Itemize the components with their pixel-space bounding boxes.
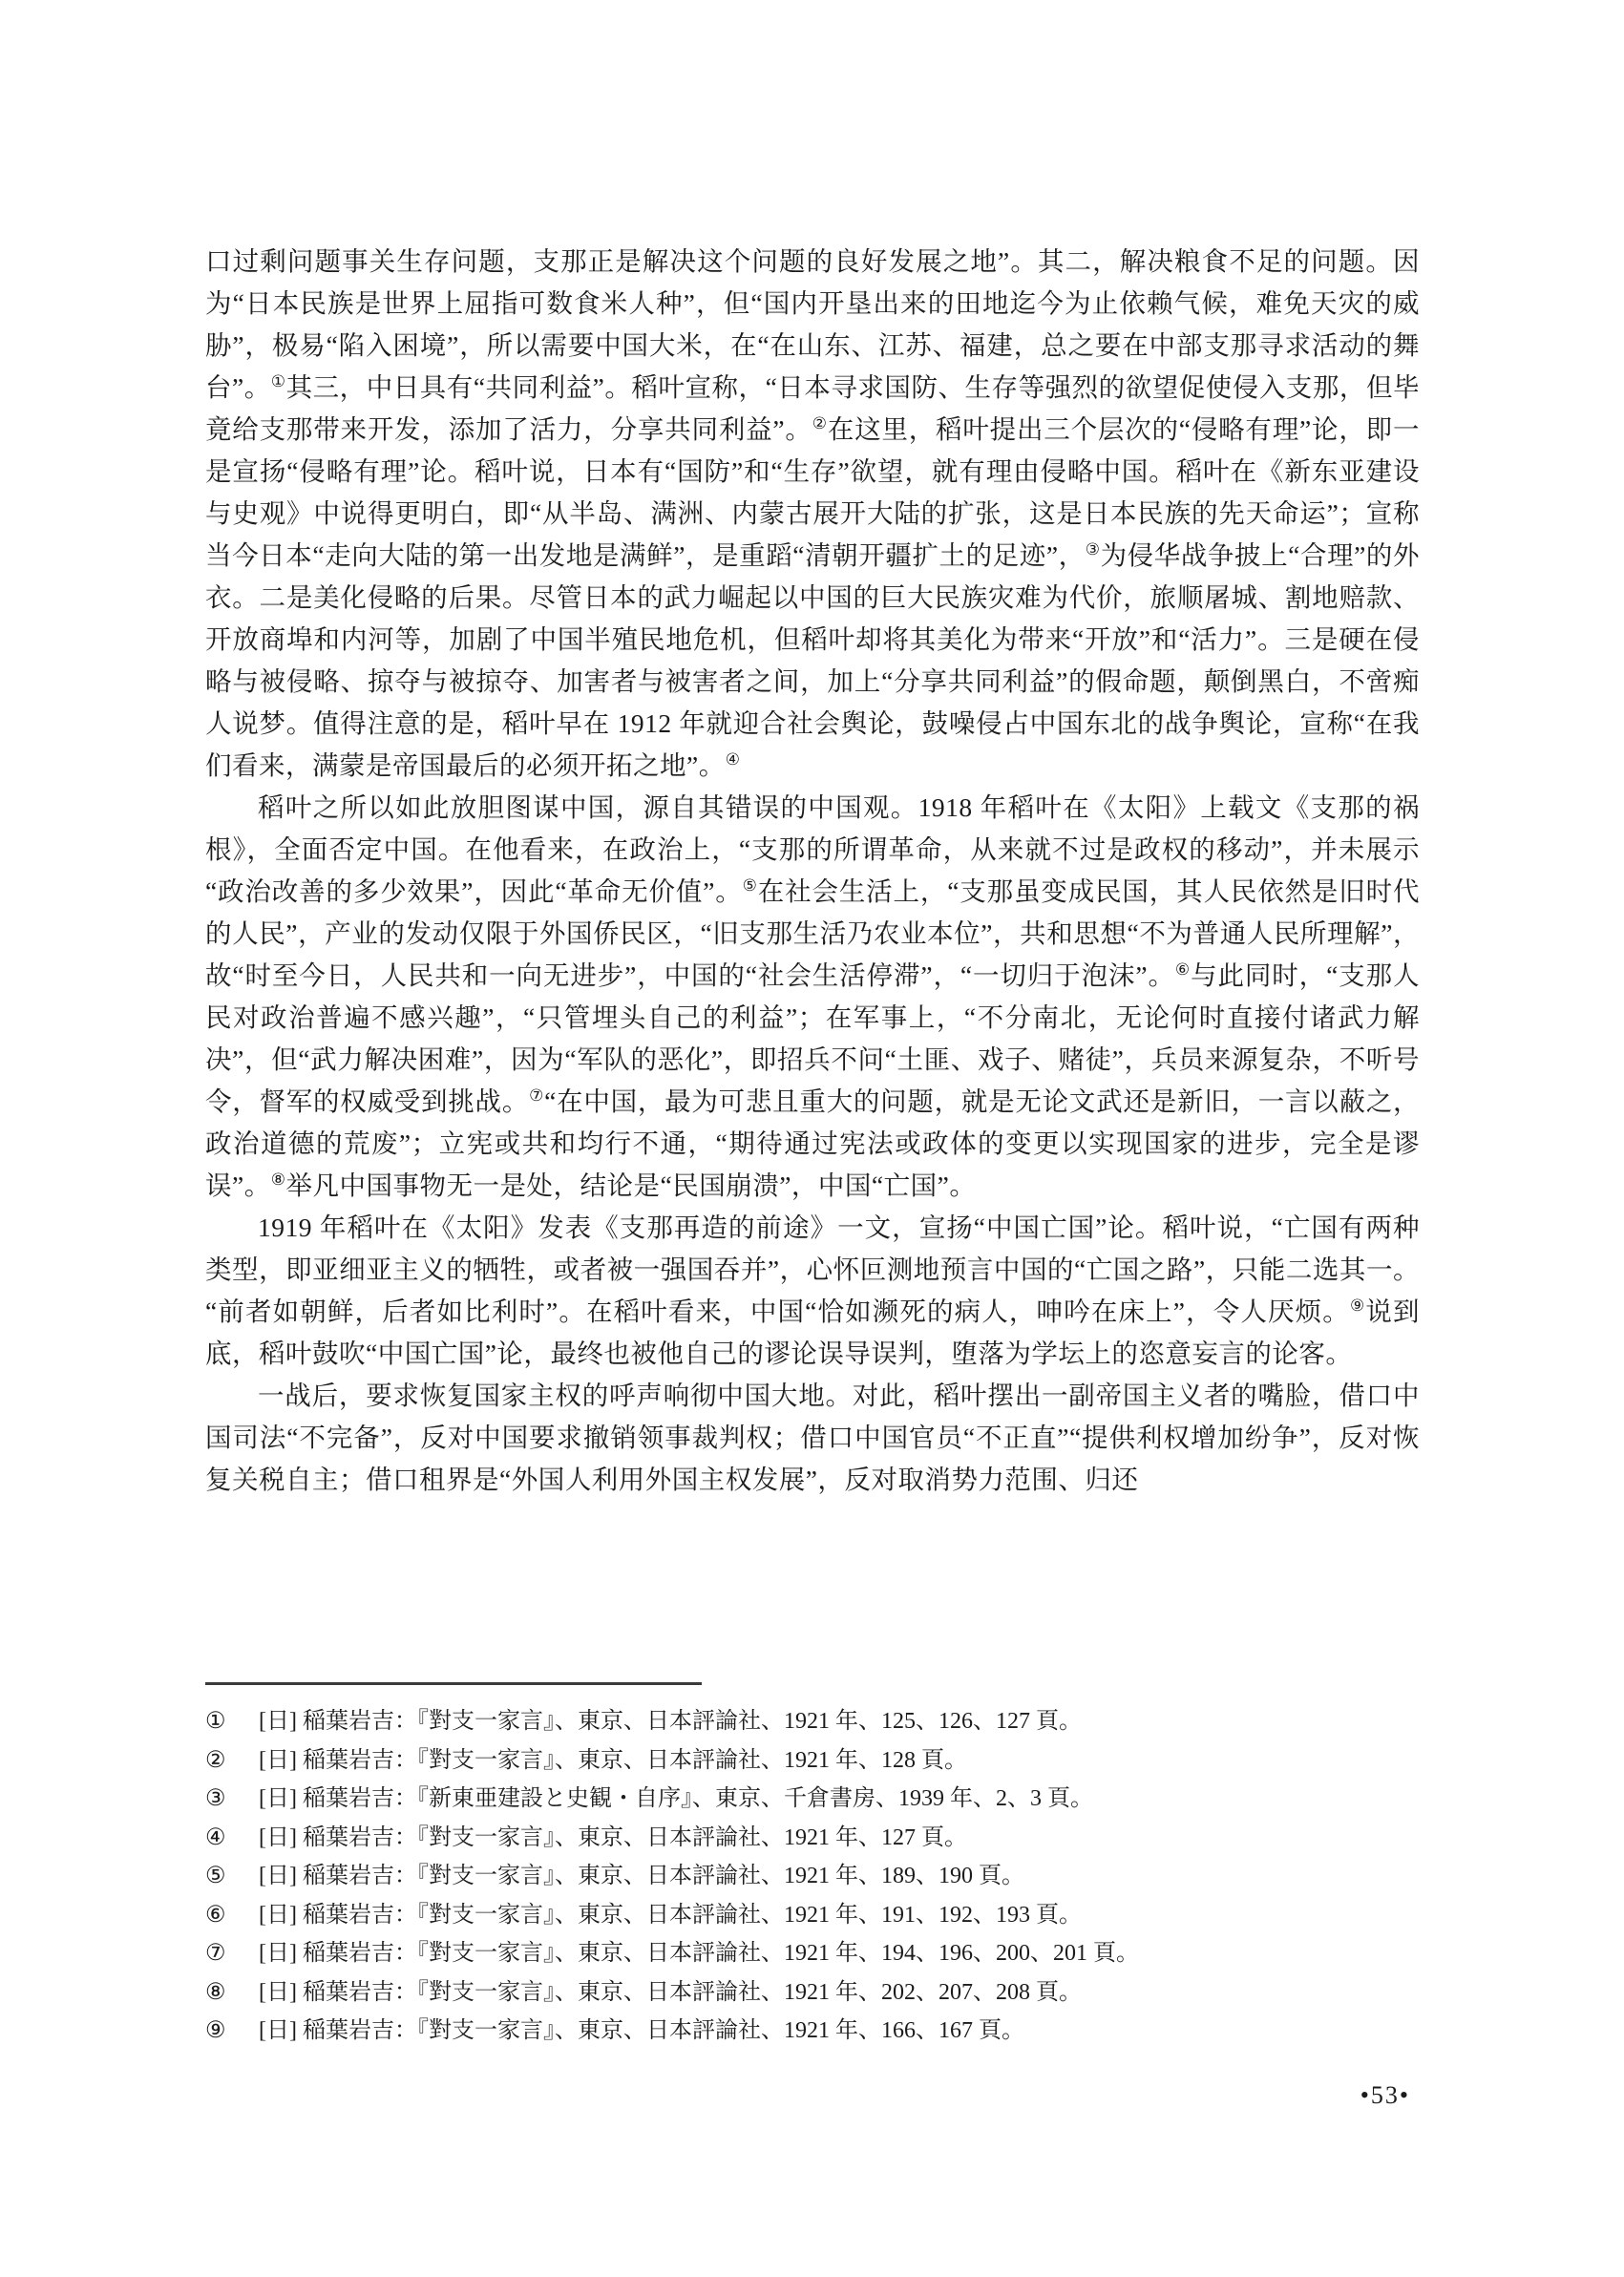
paragraph: 口过剩问题事关生存问题，支那正是解决这个问题的良好发展之地”。其二，解决粮食不足… <box>205 241 1420 787</box>
footnotes-section: ①[日] 稲葉岩吉：『對支一家言』、東京、日本評論社、1921 年、125、12… <box>205 1682 1420 2051</box>
footnote-item: ⑧[日] 稲葉岩吉：『對支一家言』、東京、日本評論社、1921 年、202、20… <box>205 1973 1420 2013</box>
footnote-item: ⑥[日] 稲葉岩吉：『對支一家言』、東京、日本評論社、1921 年、191、19… <box>205 1896 1420 1935</box>
footnote-item: ①[日] 稲葉岩吉：『對支一家言』、東京、日本評論社、1921 年、125、12… <box>205 1702 1420 1741</box>
page-number: •53• <box>1360 2081 1410 2110</box>
footnote-marker: ② <box>205 1741 259 1781</box>
footnote-ref: ⑤ <box>743 876 758 895</box>
footnote-text: [日] 稲葉岩吉：『對支一家言』、東京、日本評論社、1921 年、128 頁。 <box>259 1741 1420 1781</box>
footnote-item: ⑨[日] 稲葉岩吉：『對支一家言』、東京、日本評論社、1921 年、166、16… <box>205 2012 1420 2051</box>
footnote-list: ①[日] 稲葉岩吉：『對支一家言』、東京、日本評論社、1921 年、125、12… <box>205 1702 1420 2051</box>
footnote-separator <box>205 1682 702 1685</box>
footnote-ref: ④ <box>726 750 741 769</box>
footnote-ref: ② <box>812 414 828 432</box>
footnote-marker: ⑤ <box>205 1857 259 1896</box>
paragraph: 1919 年稻叶在《太阳》发表《支那再造的前途》一文，宣扬“中国亡国”论。稻叶说… <box>205 1207 1420 1375</box>
footnote-text: [日] 稲葉岩吉：『對支一家言』、東京、日本評論社、1921 年、189、190… <box>259 1857 1420 1896</box>
article-body: 口过剩问题事关生存问题，支那正是解决这个问题的良好发展之地”。其二，解决粮食不足… <box>205 241 1420 1501</box>
footnote-text: [日] 稲葉岩吉：『對支一家言』、東京、日本評論社、1921 年、194、196… <box>259 1934 1420 1973</box>
footnote-item: ⑦[日] 稲葉岩吉：『對支一家言』、東京、日本評論社、1921 年、194、19… <box>205 1934 1420 1973</box>
footnote-marker: ⑥ <box>205 1896 259 1935</box>
footnote-item: ④[日] 稲葉岩吉：『對支一家言』、東京、日本評論社、1921 年、127 頁。 <box>205 1819 1420 1858</box>
footnote-marker: ⑨ <box>205 2012 259 2051</box>
footnote-marker: ⑦ <box>205 1934 259 1973</box>
footnote-text: [日] 稲葉岩吉：『對支一家言』、東京、日本評論社、1921 年、166、167… <box>259 2012 1420 2051</box>
document-page: 口过剩问题事关生存问题，支那正是解决这个问题的良好发展之地”。其二，解决粮食不足… <box>0 0 1624 2277</box>
footnote-ref: ⑦ <box>529 1086 544 1105</box>
footnote-item: ②[日] 稲葉岩吉：『對支一家言』、東京、日本評論社、1921 年、128 頁。 <box>205 1741 1420 1781</box>
footnote-item: ③[日] 稲葉岩吉：『新東亜建設と史観・自序』、東京、千倉書房、1939 年、2… <box>205 1780 1420 1819</box>
paragraph: 稻叶之所以如此放胆图谋中国，源自其错误的中国观。1918 年稻叶在《太阳》上载文… <box>205 787 1420 1207</box>
footnote-text: [日] 稲葉岩吉：『對支一家言』、東京、日本評論社、1921 年、125、126… <box>259 1702 1420 1741</box>
footnote-text: [日] 稲葉岩吉：『對支一家言』、東京、日本評論社、1921 年、127 頁。 <box>259 1819 1420 1858</box>
footnote-marker: ① <box>205 1702 259 1741</box>
footnote-marker: ④ <box>205 1819 259 1858</box>
footnote-item: ⑤[日] 稲葉岩吉：『對支一家言』、東京、日本評論社、1921 年、189、19… <box>205 1857 1420 1896</box>
paragraph: 一战后，要求恢复国家主权的呼声响彻中国大地。对此，稻叶摆出一副帝国主义者的嘴脸，… <box>205 1375 1420 1501</box>
footnote-marker: ⑧ <box>205 1973 259 2013</box>
footnote-ref: ⑥ <box>1175 960 1191 979</box>
footnote-text: [日] 稲葉岩吉：『對支一家言』、東京、日本評論社、1921 年、191、192… <box>259 1896 1420 1935</box>
footnote-marker: ③ <box>205 1780 259 1819</box>
footnote-ref: ① <box>271 372 286 390</box>
footnote-ref: ③ <box>1086 540 1101 559</box>
footnote-text: [日] 稲葉岩吉：『對支一家言』、東京、日本評論社、1921 年、202、207… <box>259 1973 1420 2013</box>
footnote-ref: ⑨ <box>1350 1297 1365 1315</box>
footnote-text: [日] 稲葉岩吉：『新東亜建設と史観・自序』、東京、千倉書房、1939 年、2、… <box>259 1780 1420 1819</box>
footnote-ref: ⑧ <box>271 1170 286 1189</box>
